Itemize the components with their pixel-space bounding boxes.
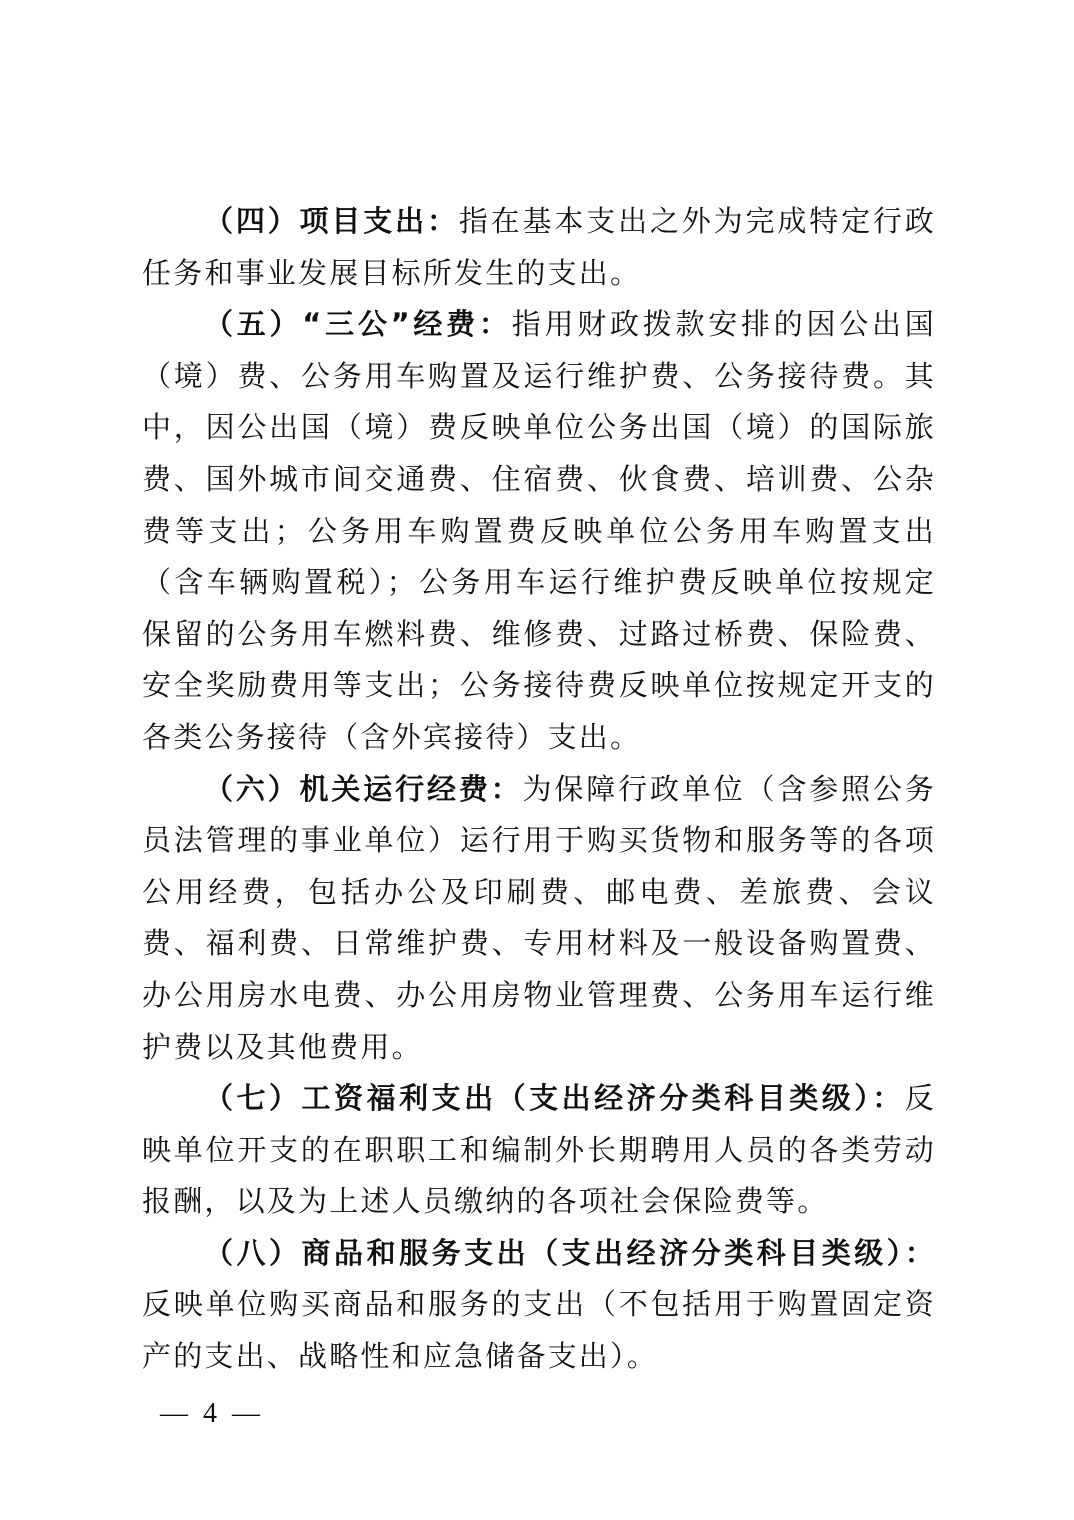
term: （六）机关运行经费： [204,772,523,806]
term: （四）项目支出： [204,204,459,238]
term: （七）工资福利支出（支出经济分类科目类级）： [204,1081,905,1115]
term: （八）商品和服务支出（支出经济分类科目类级）： [204,1236,936,1270]
definition: 为保障行政单位（含参照公务员法管理的事业单位）运行用于购买货物和服务等的各项公用… [142,772,936,1064]
document-body: （四）项目支出：指在基本支出之外为完成特定行政任务和事业发展目标所发生的支出。 … [142,196,936,1383]
definition: 反映单位购买商品和服务的支出（不包括用于购置固定资产的支出、战略性和应急储备支出… [142,1287,936,1373]
term: （五）“三公”经费： [204,307,512,341]
paragraph-project-expenditure: （四）项目支出：指在基本支出之外为完成特定行政任务和事业发展目标所发生的支出。 [142,196,936,299]
definition: 指用财政拨款安排的因公出国（境）费、公务用车购置及运行维护费、公务接待费。其中，… [142,307,936,754]
paragraph-wages-welfare: （七）工资福利支出（支出经济分类科目类级）：反映单位开支的在职职工和编制外长期聘… [142,1073,936,1228]
paragraph-agency-operating-funds: （六）机关运行经费：为保障行政单位（含参照公务员法管理的事业单位）运行用于购买货… [142,764,936,1074]
paragraph-goods-services: （八）商品和服务支出（支出经济分类科目类级）：反映单位购买商品和服务的支出（不包… [142,1228,936,1383]
page-number: — 4 — [160,1398,264,1430]
paragraph-three-public-expenses: （五）“三公”经费：指用财政拨款安排的因公出国（境）费、公务用车购置及运行维护费… [142,299,936,763]
